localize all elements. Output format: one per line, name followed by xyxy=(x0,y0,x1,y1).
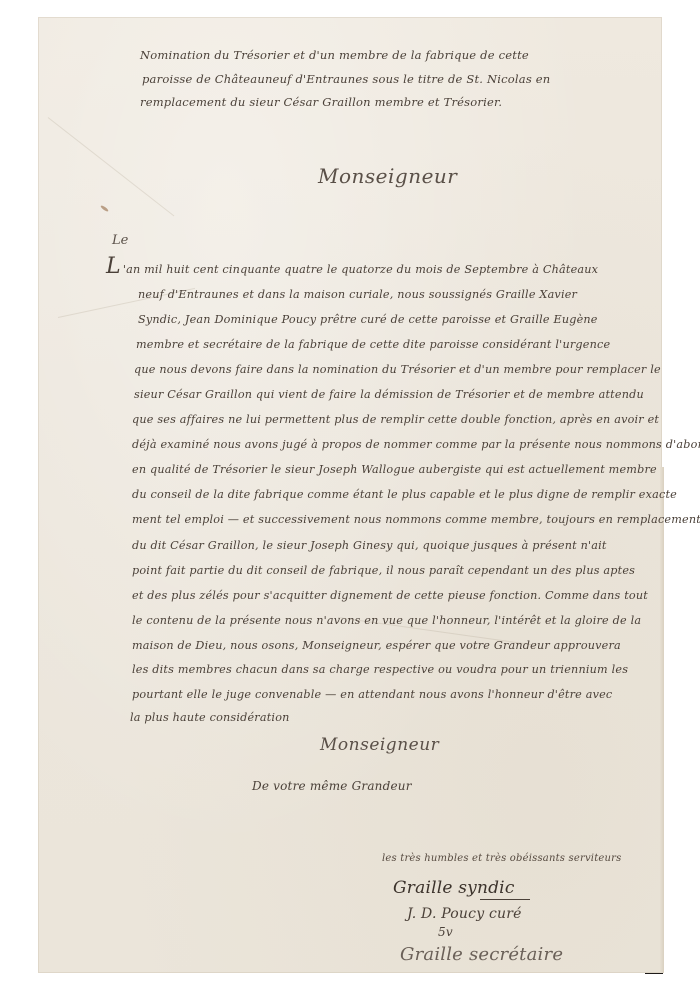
body-line-10: du conseil de la dite fabrique comme éta… xyxy=(132,489,677,500)
body-line-13: point fait partie du dit conseil de fabr… xyxy=(132,565,635,576)
body-line-3: Syndic, Jean Dominique Poucy prêtre curé… xyxy=(138,314,598,325)
heading-line-3: remplacement du sieur César Graillon mem… xyxy=(140,95,502,109)
body-line-12: du dit César Graillon, le sieur Joseph G… xyxy=(132,540,607,551)
body-line-15: le contenu de la présente nous n'avons e… xyxy=(132,615,641,626)
body-line-14: et des plus zélés pour s'acquitter digne… xyxy=(132,590,648,601)
body-line-9: en qualité de Trésorier le sieur Joseph … xyxy=(132,464,657,475)
signature-secretaire: Graille secrétaire xyxy=(400,944,563,965)
body-line-11: ment tel emploi — et successivement nous… xyxy=(132,514,700,525)
body-line-6: sieur César Graillon qui vient de faire … xyxy=(134,389,644,400)
body-line-18: pourtant elle le juge convenable — en at… xyxy=(132,689,612,700)
body-line-1: L'an mil huit cent cinquante quatre le q… xyxy=(106,256,598,278)
body-line-17: les dits membres chacun dans sa charge r… xyxy=(132,664,628,675)
salutation-closing: Monseigneur xyxy=(320,735,439,755)
paper-crease xyxy=(48,117,175,216)
salutation-top: Monseigneur xyxy=(318,164,457,188)
body-line-8: déjà examiné nous avons jugé à propos de… xyxy=(132,439,700,450)
paper-edge xyxy=(660,467,664,973)
heading-line-1: Nomination du Trésorier et d'un membre d… xyxy=(140,48,529,62)
initials-mark: 5v xyxy=(438,925,453,939)
closing-formula: les très humbles et très obéissants serv… xyxy=(382,853,622,864)
body-line-2: neuf d'Entraunes et dans la maison curia… xyxy=(138,289,577,300)
body-line-4: membre et secrétaire de la fabrique de c… xyxy=(136,339,610,350)
body-line-19: la plus haute considération xyxy=(130,712,290,723)
signature-syndic: Graille syndic xyxy=(393,878,515,898)
signature-cure: J. D. Poucy curé xyxy=(407,906,522,922)
body-dropcap: L xyxy=(106,254,121,279)
body-line-5: que nous devons faire dans la nomination… xyxy=(134,364,661,375)
body-line-7: que ses affaires ne lui permettent plus … xyxy=(132,414,659,425)
body-prefix: Le xyxy=(112,233,128,248)
ink-stain xyxy=(100,205,109,213)
heading-line-2: paroisse de Châteauneuf d'Entraunes sous… xyxy=(142,72,550,86)
closing-line: De votre même Grandeur xyxy=(252,779,412,793)
signature-underline xyxy=(480,899,530,900)
body-line-16: maison de Dieu, nous osons, Monseigneur,… xyxy=(132,640,621,651)
